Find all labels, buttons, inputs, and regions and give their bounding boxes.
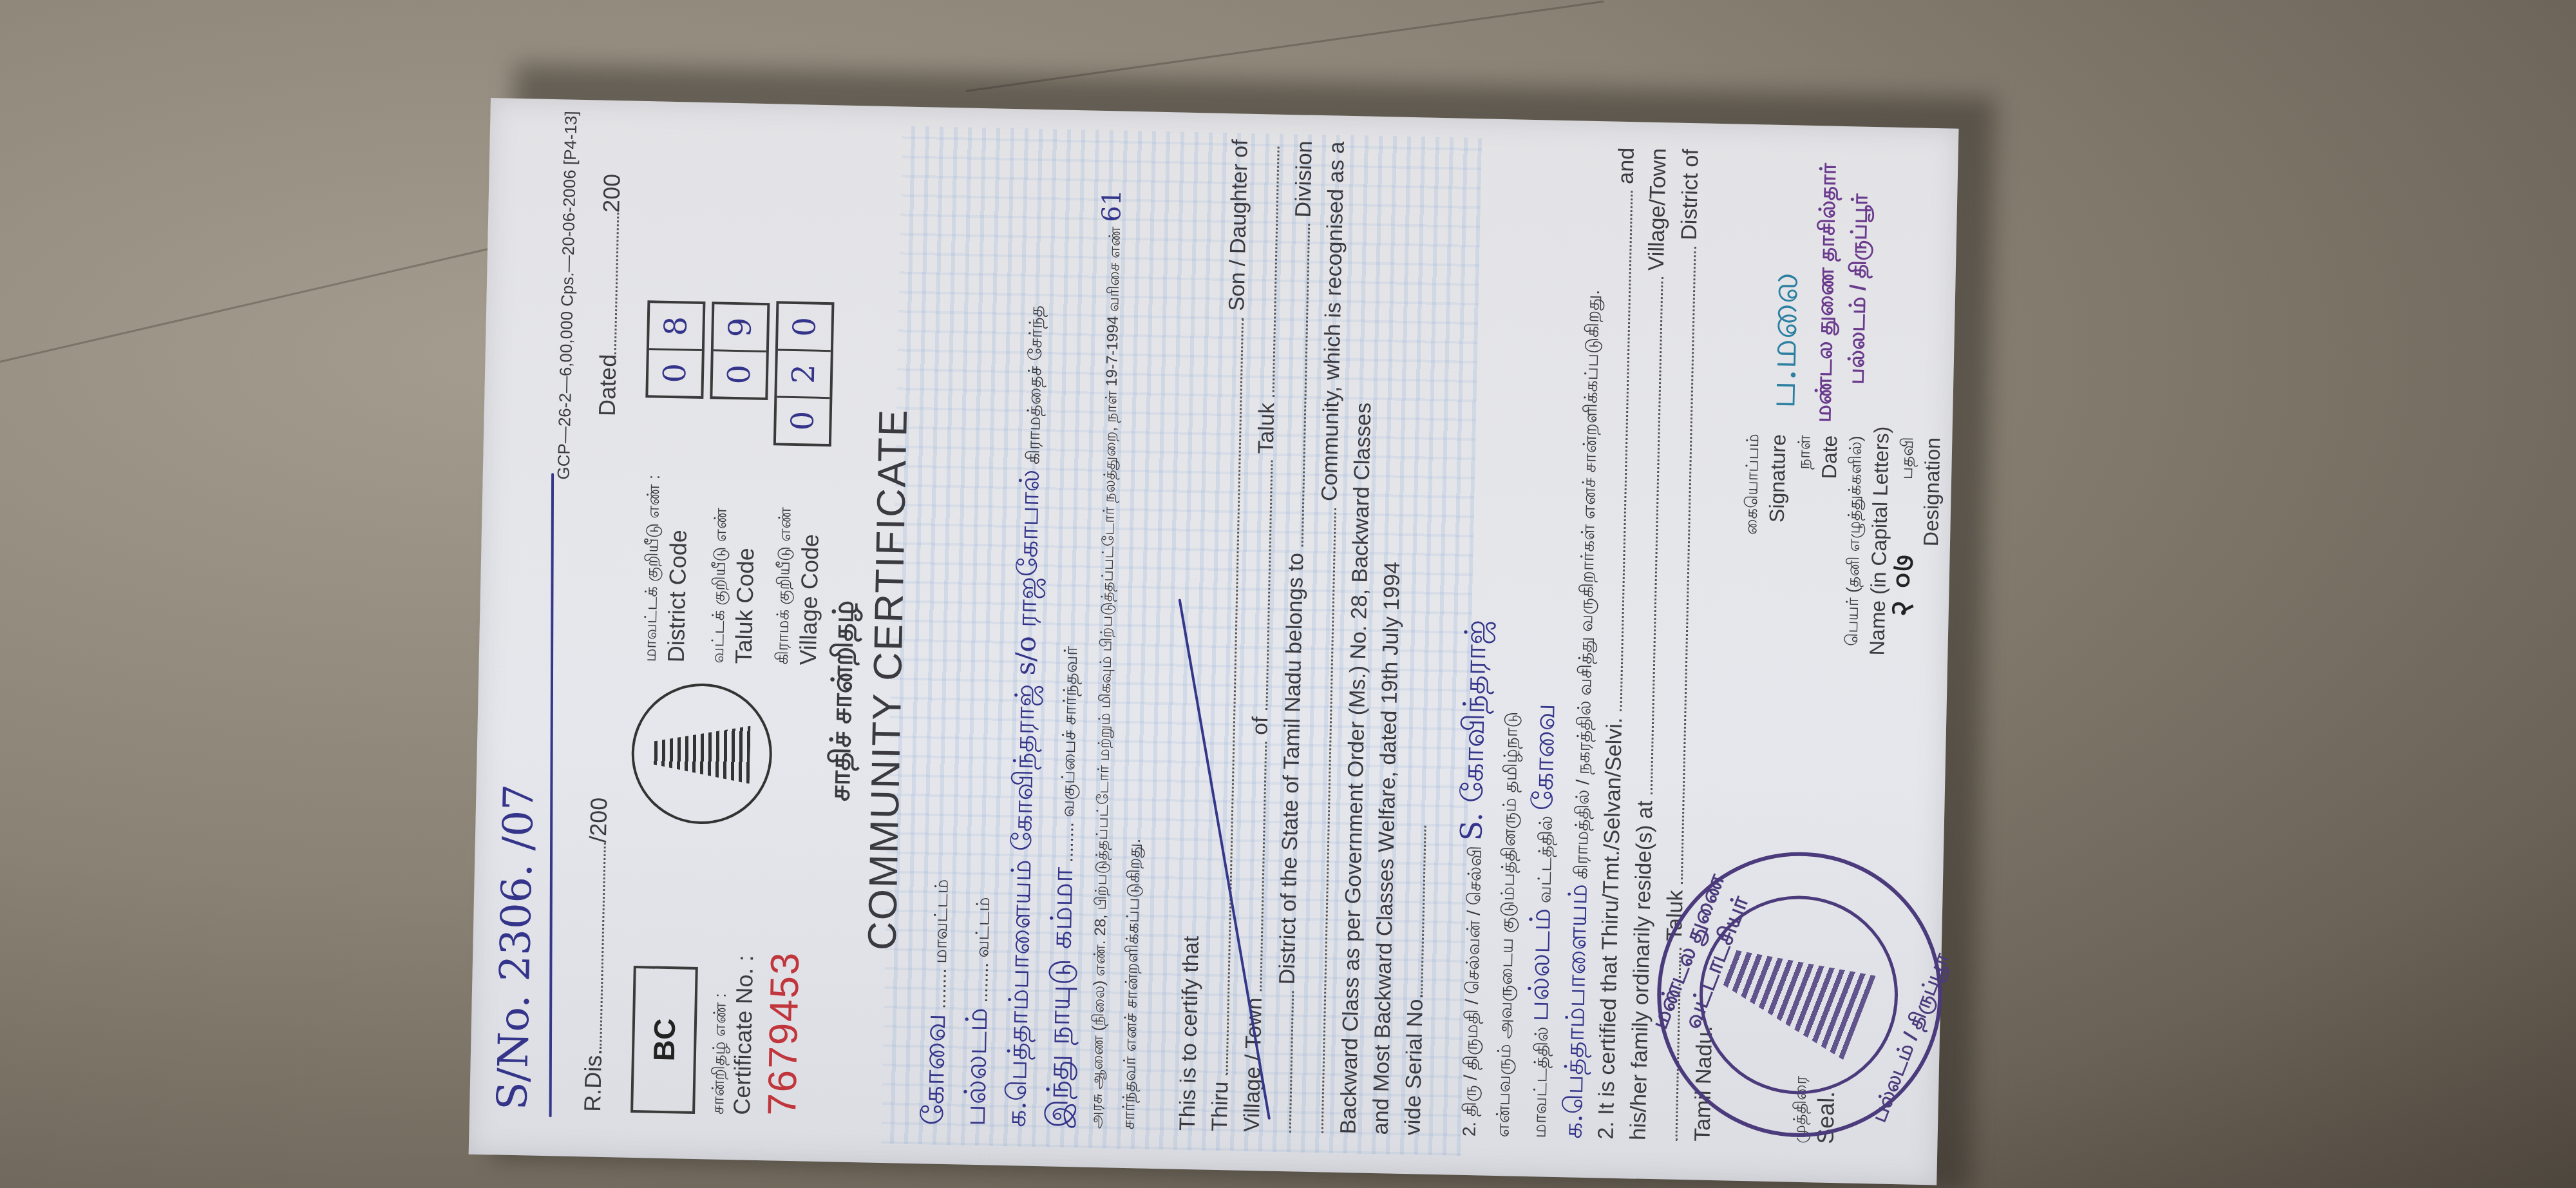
dated-field: Dated200 [594, 173, 626, 416]
handwritten-community: இந்து நாயுடு கம்மா [1039, 867, 1079, 1128]
printed-text: மாவட்டத்தில் [1529, 1026, 1552, 1138]
date-label-ta: நாள் [1786, 434, 1817, 654]
title-tamil: சாதிச் சான்றிதழ் [824, 600, 864, 801]
certificate-sheet: S/No. 2306. /07 GCP—26-2—6,00,000 Cps.—2… [469, 98, 1959, 1185]
officer-stamp-line1: மண்டல துணை தாசில்தார் [1811, 163, 1844, 423]
taluk-code-label: Taluk Code [730, 548, 760, 664]
floor-tile-seam [0, 231, 565, 363]
dated-suffix: 200 [598, 173, 625, 213]
and-label: and [1610, 147, 1643, 184]
handwritten-district: கோவை [915, 1013, 952, 1126]
handwritten-serial: 61 [1097, 189, 1127, 222]
village-code-digit: 0 [776, 398, 829, 444]
designation-label: Designation [1915, 437, 1946, 657]
taluk-code-label-ta: வட்டக் குறியீடு எண் [708, 508, 733, 664]
thiru-label: Thiru [1204, 1081, 1237, 1131]
signature-label-ta: கையொப்பம் [1735, 434, 1765, 653]
district-code-boxes: 0 8 [645, 300, 705, 399]
handwritten-date: २ ०७ [1878, 554, 1925, 618]
tamil-nadu-emblem-icon [630, 682, 773, 826]
son-daughter-label: Son / Daughter of [1220, 139, 1256, 312]
signature-block: கையொப்பம் Signature நாள் Date பெயர் (தனி… [1735, 434, 1946, 657]
village-code-digit: 2 [777, 350, 831, 399]
print-code: GCP—26-2—6,00,000 Cps.—20-06-2006 [P4-13… [554, 111, 582, 480]
district-code-digit: 0 [648, 350, 701, 396]
printed-text: வட்டத்தில் [1534, 816, 1556, 903]
certificate-no-label: Certificate No. : [728, 955, 759, 1115]
r-dis-text: R.Dis. [579, 1048, 607, 1112]
r-dis-label: R.Dis./200 [579, 797, 612, 1112]
name-label: Name (in Capital Letters) [1864, 436, 1894, 656]
handwritten-village-2: க.பெத்தாம்பாளையம் [1558, 884, 1593, 1139]
district-code-digit: 8 [649, 303, 703, 351]
officer-signature: ப.மலை [1759, 272, 1811, 409]
handwritten-name: S. கோவிந்தராஜ் [1454, 619, 1493, 841]
of-label: of [1244, 716, 1277, 735]
village-code-boxes: 0 2 0 [773, 301, 835, 446]
village-town-label-2: Village/Town [1640, 148, 1675, 271]
printed-text: மாவட்டம் [930, 879, 952, 964]
district-of-label: District of [1673, 149, 1707, 241]
village-code-label-ta: கிராமக் குறியீடு எண் [772, 507, 797, 665]
handwritten-taluk: பல்லடம் [957, 1007, 994, 1126]
certificate-number: 7679453 [759, 951, 808, 1116]
handwritten-district-2: கோவை [1526, 704, 1561, 811]
certificate-photo: S/No. 2306. /07 GCP—26-2—6,00,000 Cps.—2… [469, 98, 1959, 1185]
section2-tamil: 2. திரு / திருமதி / செல்வன் / செல்வி S. … [1448, 144, 1613, 1139]
printed-text: சார்ந்தவர் எனச் சான்றளிக்கப்படுகிறது. [1119, 838, 1144, 1129]
printed-text: வகுப்பைச் சார்ந்தவர் [1057, 646, 1081, 818]
r-dis-suffix: /200 [585, 797, 612, 843]
taluk-code-digit: 0 [712, 351, 766, 398]
district-code-label-ta: மாவட்டக் குறியீடு எண் : [640, 475, 666, 662]
underline-ink [549, 473, 554, 1117]
division-label: Division [1287, 140, 1320, 218]
serial-label: vide Serial No. [1401, 993, 1428, 1136]
village-code-digit: 0 [778, 303, 832, 352]
printed-text: கிராமத்தைச் சேர்ந்த [1023, 305, 1046, 465]
officer-stamp-line2: பல்லடம் / திருப்பூர் [1844, 193, 1875, 385]
dated-label: Dated [594, 354, 621, 416]
handwritten-reference: S/No. 2306. /07 [489, 783, 544, 1111]
printed-text: வட்டம் [972, 897, 993, 958]
printed-text: 2. திரு / திருமதி / செல்வன் / செல்வி [1459, 846, 1485, 1137]
tamil-body: கோவை ........ மாவட்டம் பல்லடம் ........ … [914, 133, 1168, 1129]
category-box: BC [630, 966, 698, 1114]
taluk-code-digit: 9 [714, 304, 768, 352]
english-body: This is to certify that ThiruSon / Daugh… [1171, 139, 1450, 1136]
signature-label: Signature [1761, 434, 1791, 654]
date-label: Date [1812, 435, 1842, 655]
village-code-label: Village Code [795, 534, 824, 666]
handwritten-taluk-2: பல்லடம் [1522, 908, 1557, 1022]
taluk-label: Taluk [1250, 403, 1283, 454]
taluk-code-boxes: 0 9 [710, 302, 770, 400]
district-code-label: District Code [663, 530, 692, 663]
